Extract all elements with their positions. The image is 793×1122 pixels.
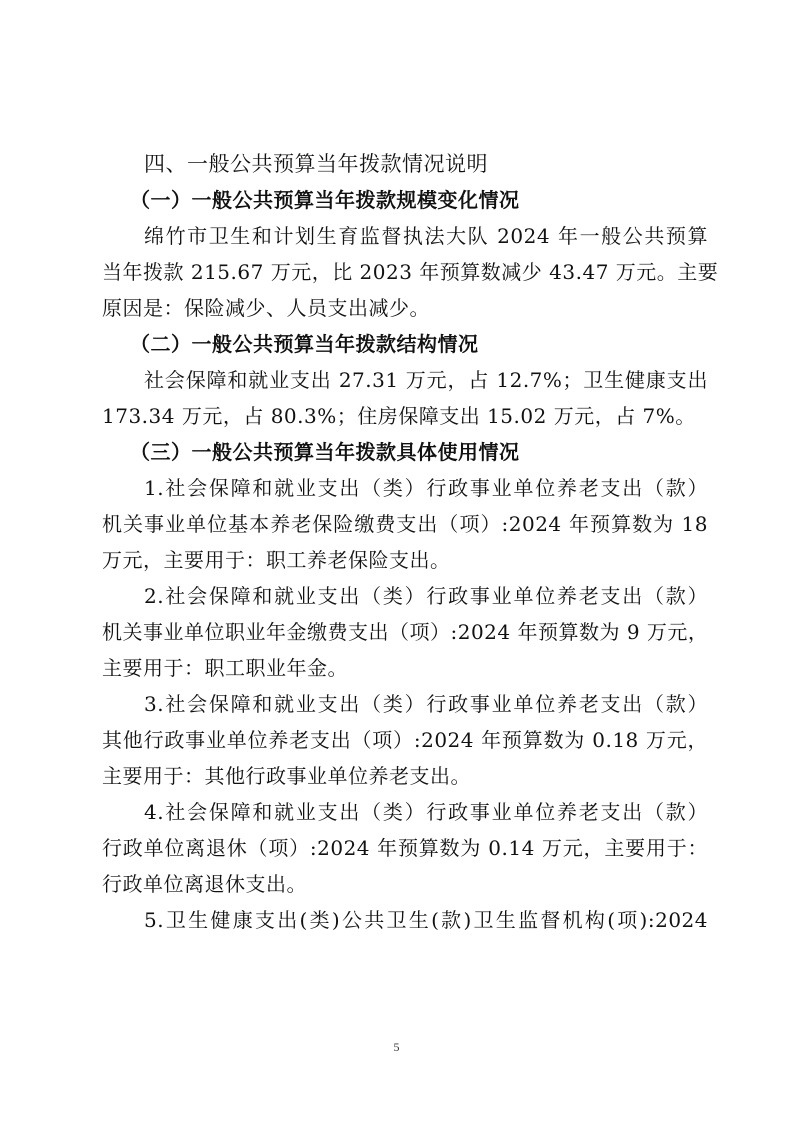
- list-item-line: 主要用于：职工职业年金。: [102, 650, 708, 686]
- list-item-line: 5.卫生健康支出(类)公共卫生(款)卫生监督机构(项):2024: [102, 902, 708, 938]
- subsection-heading-2: （二）一般公共预算当年拨款结构情况: [102, 326, 708, 362]
- section-title: 四、一般公共预算当年拨款情况说明: [102, 146, 708, 182]
- list-item-line: 3.社会保障和就业支出（类）行政事业单位养老支出（款）: [102, 686, 708, 722]
- list-item-line: 主要用于：其他行政事业单位养老支出。: [102, 758, 708, 794]
- list-item-line: 机关事业单位基本养老保险缴费支出（项）:2024 年预算数为 18: [102, 506, 708, 542]
- page-number: 5: [0, 1040, 793, 1055]
- list-item-line: 万元，主要用于：职工养老保险支出。: [102, 542, 708, 578]
- list-item-line: 其他行政事业单位养老支出（项）:2024 年预算数为 0.18 万元，: [102, 722, 708, 758]
- document-page: 四、一般公共预算当年拨款情况说明 （一）一般公共预算当年拨款规模变化情况 绵竹市…: [102, 146, 708, 938]
- subsection-heading-3: （三）一般公共预算当年拨款具体使用情况: [102, 434, 708, 470]
- paragraph-line: 当年拨款 215.67 万元，比 2023 年预算数减少 43.47 万元。主要: [102, 254, 708, 290]
- list-item-line: 1.社会保障和就业支出（类）行政事业单位养老支出（款）: [102, 470, 708, 506]
- subsection-heading-1: （一）一般公共预算当年拨款规模变化情况: [102, 182, 708, 218]
- list-item-line: 机关事业单位职业年金缴费支出（项）:2024 年预算数为 9 万元，: [102, 614, 708, 650]
- paragraph-line: 原因是：保险减少、人员支出减少。: [102, 290, 708, 326]
- list-item-line: 4.社会保障和就业支出（类）行政事业单位养老支出（款）: [102, 794, 708, 830]
- list-item-line: 行政单位离退休（项）:2024 年预算数为 0.14 万元，主要用于：: [102, 830, 708, 866]
- paragraph-line: 社会保障和就业支出 27.31 万元，占 12.7%；卫生健康支出: [102, 362, 708, 398]
- paragraph-line: 绵竹市卫生和计划生育监督执法大队 2024 年一般公共预算: [102, 218, 708, 254]
- list-item-line: 行政单位离退休支出。: [102, 866, 708, 902]
- list-item-line: 2.社会保障和就业支出（类）行政事业单位养老支出（款）: [102, 578, 708, 614]
- paragraph-line: 173.34 万元，占 80.3%；住房保障支出 15.02 万元，占 7%。: [102, 398, 708, 434]
